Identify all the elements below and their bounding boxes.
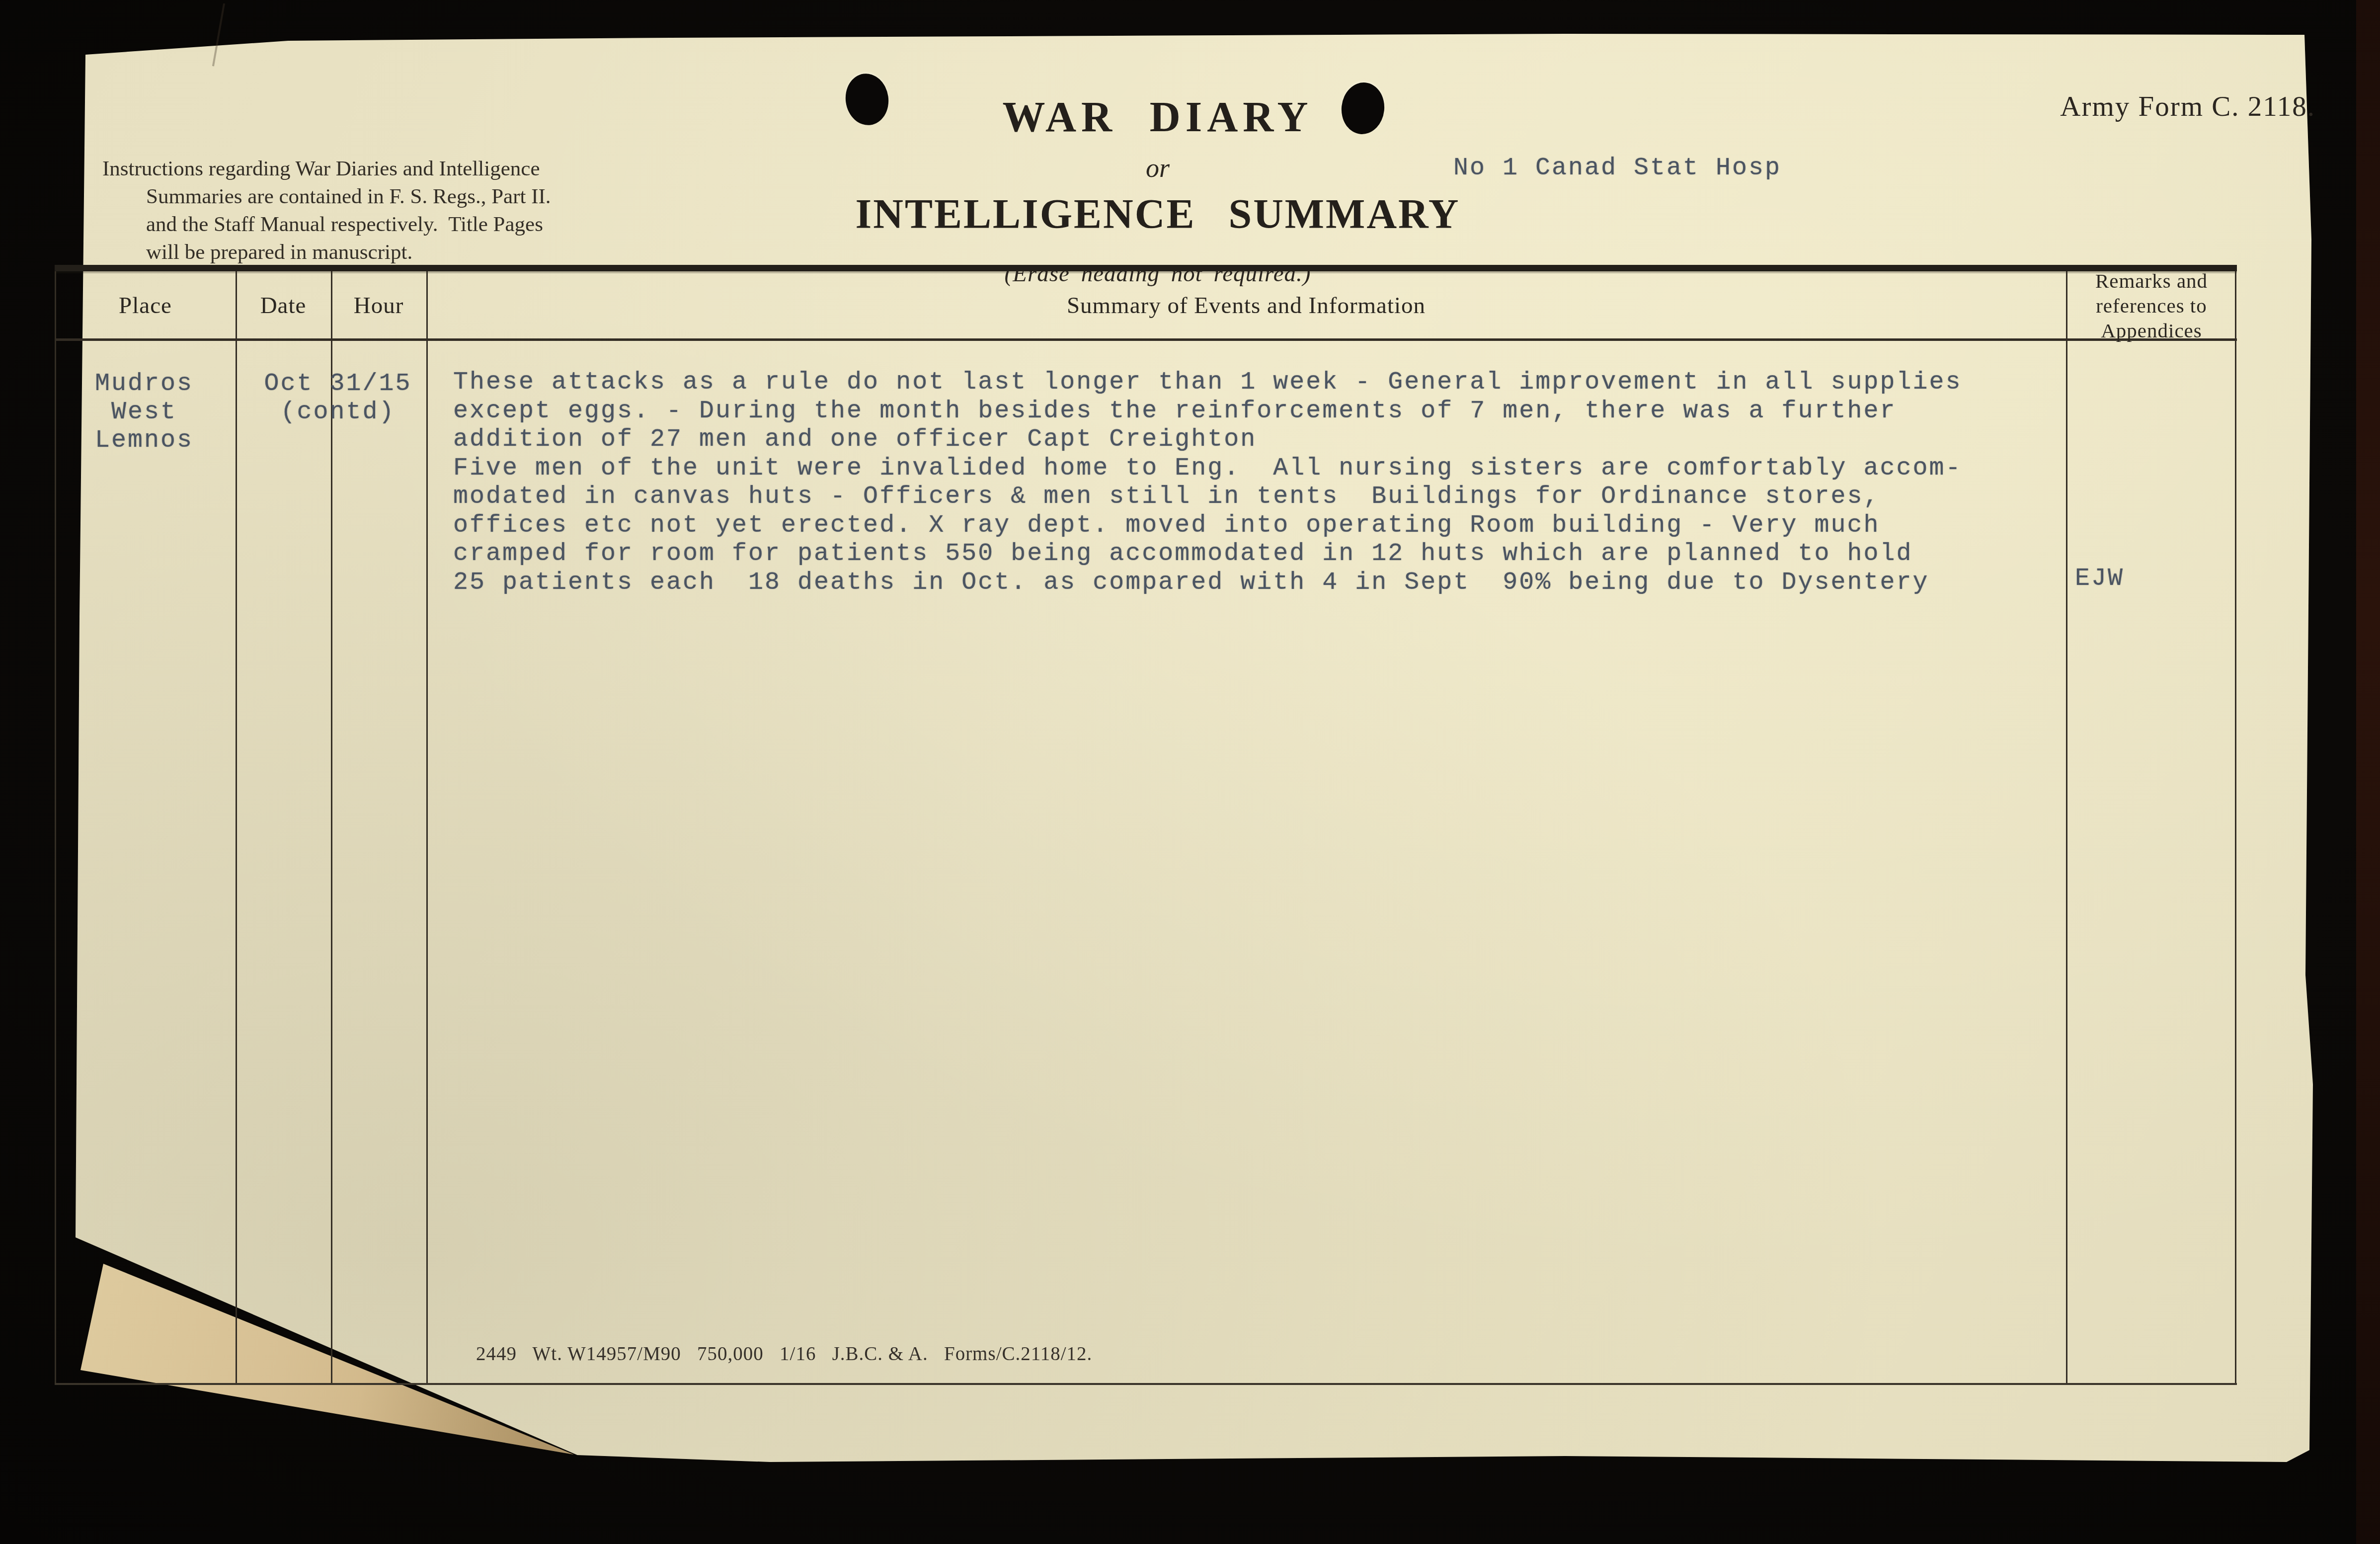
summary-line: modated in canvas huts - Officers & men … <box>453 483 1962 511</box>
entry-summary-text: These attacks as a rule do not last long… <box>453 368 1962 597</box>
column-rule-date-hour <box>331 271 332 1383</box>
entry-place-line: West <box>50 398 238 426</box>
summary-line: offices etc not yet erected. X ray dept.… <box>453 511 1962 540</box>
instructions-line: Summaries are contained in F. S. Regs., … <box>102 183 714 211</box>
typed-unit-name: No 1 Canad Stat Hosp <box>1453 154 1781 182</box>
summary-line: 25 patients each 18 deaths in Oct. as co… <box>453 569 1962 597</box>
entry-remarks-initials: EJW <box>2075 565 2124 593</box>
title-war-diary: WAR DIARY <box>745 92 1570 142</box>
summary-line: except eggs. - During the month besides … <box>453 397 1962 426</box>
summary-line: Five men of the unit were invalided home… <box>453 454 1962 483</box>
table-border-right <box>2235 271 2236 1383</box>
column-header-remarks: Remarks and references to Appendices <box>2068 268 2235 343</box>
column-rule-summary-remarks <box>2066 271 2067 1383</box>
column-header-summary: Summary of Events and Information <box>426 292 2066 319</box>
column-header-date: Date <box>236 292 331 319</box>
column-header-hour: Hour <box>331 292 426 319</box>
table-bottom-rule <box>55 1383 2237 1385</box>
summary-line: addition of 27 men and one officer Capt … <box>453 425 1962 454</box>
entry-place: MudrosWestLemnos <box>50 370 238 455</box>
instructions-line: Instructions regarding War Diaries and I… <box>102 155 714 183</box>
form-title-block: WAR DIARY or INTELLIGENCE SUMMARY (Erase… <box>745 92 1570 287</box>
table-top-rule <box>55 265 2237 271</box>
instructions-paragraph: Instructions regarding War Diaries and I… <box>102 155 714 266</box>
printers-imprint: 2449 Wt. W14957/M90 750,000 1/16 J.B.C. … <box>476 1343 1092 1365</box>
photographed-document-scan: Army Form C. 2118. Instructions regardin… <box>0 0 2380 1544</box>
entry-date-line: Oct 31/15 <box>238 370 437 398</box>
instructions-line: will be prepared in manuscript. <box>102 239 714 266</box>
title-or: or <box>745 153 1570 183</box>
army-form-number: Army Form C. 2118. <box>2060 90 2315 123</box>
scan-edge-shadow <box>2356 0 2380 1544</box>
instructions-line: and the Staff Manual respectively. Title… <box>102 211 714 239</box>
column-rule-hour-summary <box>426 271 428 1383</box>
summary-line: cramped for room for patients 550 being … <box>453 540 1962 569</box>
table-header-rule <box>55 338 2237 341</box>
summary-line: These attacks as a rule do not last long… <box>453 368 1962 397</box>
entry-date-line: (contd) <box>238 398 437 426</box>
column-header-place: Place <box>55 292 236 319</box>
entry-date: Oct 31/15(contd) <box>238 370 437 426</box>
title-intelligence-summary: INTELLIGENCE SUMMARY <box>745 190 1570 239</box>
entry-place-line: Mudros <box>50 370 238 398</box>
entry-place-line: Lemnos <box>50 426 238 455</box>
